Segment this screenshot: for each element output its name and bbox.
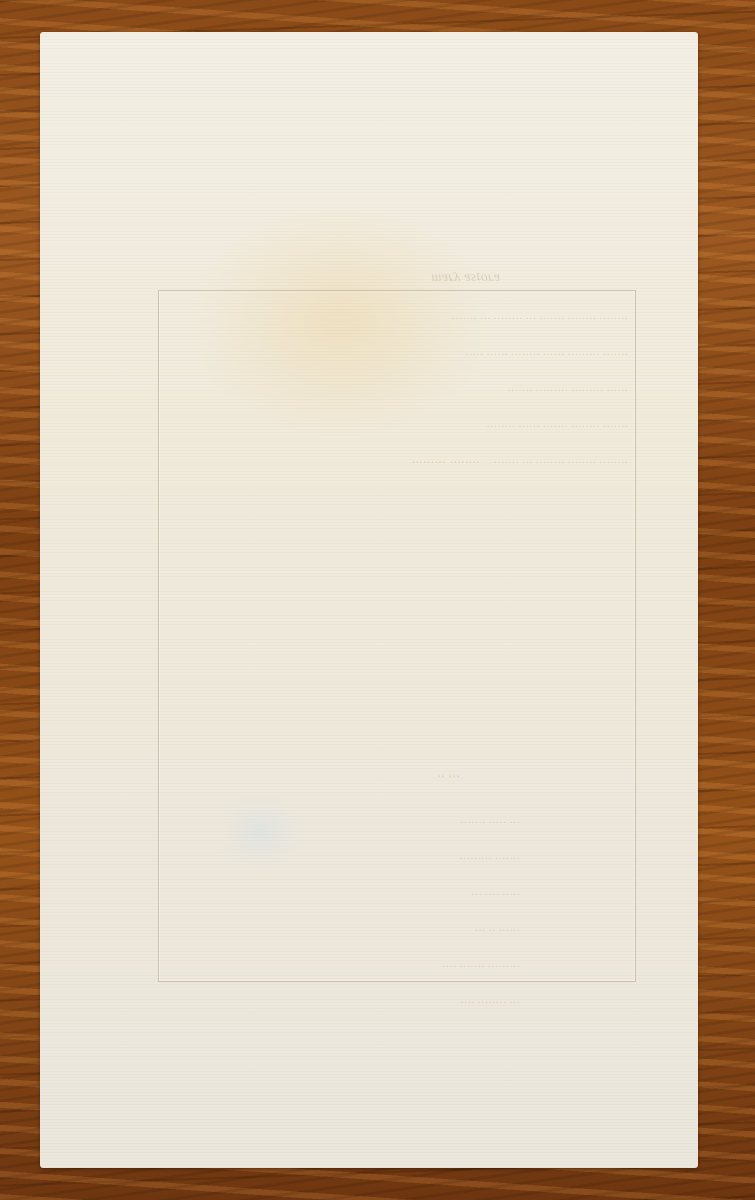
paper-sheet: ɐɹoʇsɐ ʎɹɐɯ ········ ········ ······· ··… — [40, 32, 698, 1168]
ghost-line: ······· ········· ······ ········ ······… — [158, 350, 628, 362]
ghost-line: ··· ········ ···· — [320, 998, 520, 1010]
ghost-line: ········ ········ ········ ··· ······· — [158, 458, 628, 470]
ghost-heading-3: ··· ·· — [340, 772, 460, 784]
ghost-line: ······· ········ ······· ······ ········ — [158, 422, 628, 434]
ghost-line: ······ ········· ········· ······· — [158, 386, 628, 398]
paper-stain — [190, 202, 490, 442]
ghost-heading-1: ɐɹoʇsɐ ʎɹɐɯ — [300, 272, 500, 284]
ghost-heading-2: ········ ········· — [280, 458, 480, 470]
plate-mark — [158, 290, 636, 982]
ghost-text-block-3: ··· ····· ······· ······· ········· ····… — [320, 794, 520, 1034]
ghost-line: ········ ········ ······· ··· ········ ·… — [158, 314, 628, 326]
ghost-line: ····· ···· ··· — [320, 890, 520, 902]
ghost-line: ··· ····· ······· — [320, 818, 520, 830]
ghost-line: ······ ·· ··· — [320, 926, 520, 938]
ghost-line: ········· ······· ···· — [320, 962, 520, 974]
ghost-line: ······· ········· — [320, 854, 520, 866]
paper-spot — [215, 792, 305, 872]
ghost-text-block-1: ········ ········ ······· ··· ········ ·… — [158, 290, 628, 494]
